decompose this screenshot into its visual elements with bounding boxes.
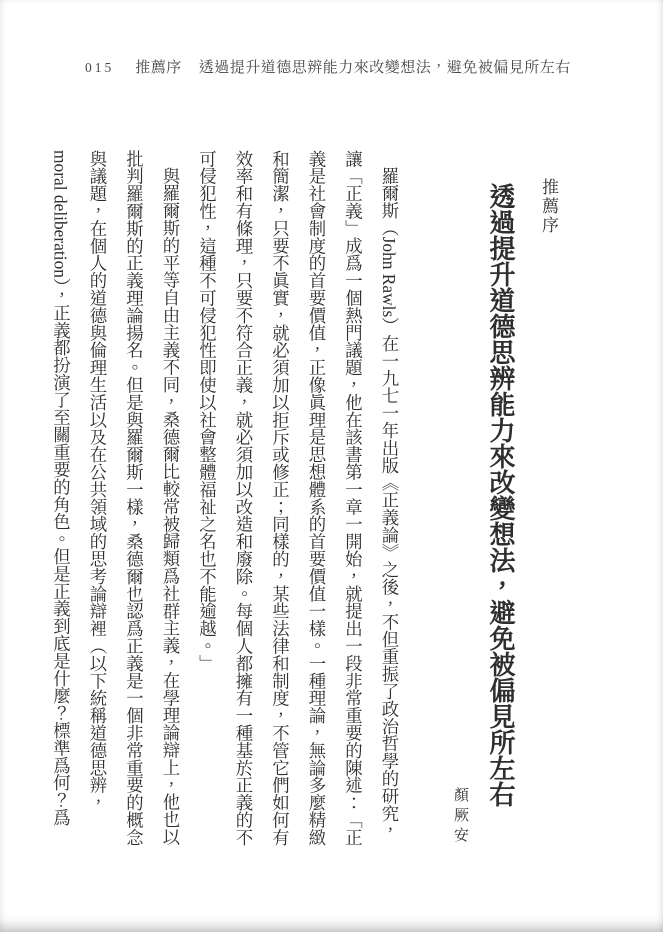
article: 推薦序 透過提升道德思辨能力來改變想法，避免被偏見所左右 顏厥安 羅爾斯（Joh…	[42, 150, 557, 847]
book-page: 015推薦序透過提升道德思辨能力來改變想法，避免被偏見所左右 推薦序 透過提升道…	[0, 0, 663, 932]
page-number: 015	[85, 60, 114, 75]
author-name: 顏厥安	[451, 150, 469, 847]
paragraph-1: 羅爾斯（John Rawls）在一九七一年出版《正義論》之後，不但重振了政治哲學…	[188, 150, 407, 847]
article-body: 羅爾斯（John Rawls）在一九七一年出版《正義論》之後，不但重振了政治哲學…	[42, 150, 407, 847]
running-header: 015推薦序透過提升道德思辨能力來改變想法，避免被偏見所左右	[85, 59, 571, 77]
paragraph-2: 與羅爾斯的平等自由主義不同，桑德爾比較常被歸類爲社群主義，在學理論辯上，他也以批…	[42, 150, 188, 847]
header-section-label: 推薦序	[135, 60, 182, 76]
article-title: 透過提升道德思辨能力來改變想法，避免被偏見所左右	[487, 150, 514, 847]
section-label: 推薦序	[539, 150, 557, 847]
header-chapter-title: 透過提升道德思辨能力來改變想法，避免被偏見所左右	[199, 60, 571, 76]
